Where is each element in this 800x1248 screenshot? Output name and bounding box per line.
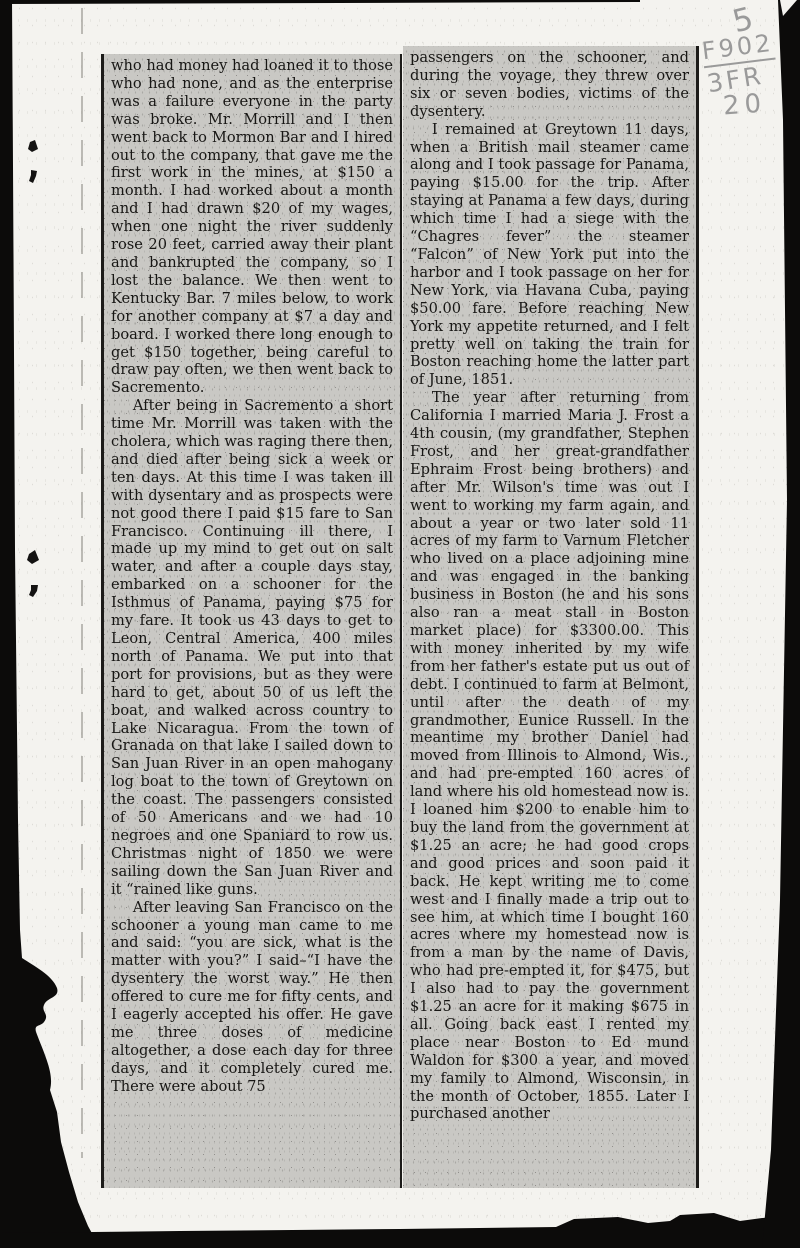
ink-mark [28,140,38,152]
paragraph: After leaving San Francisco on the schoo… [111,899,393,1096]
scanned-page: who had money had loaned it to those who… [0,0,800,1248]
ink-mark [29,585,38,597]
ink-mark [29,170,37,183]
paragraph: After being in Sacremento a short time M… [111,397,393,898]
paragraph: who had money had loaned it to those who… [111,57,393,397]
newspaper-column-right: passengers on the schooner, and during t… [403,46,699,1188]
ink-mark [27,550,39,564]
paper-crease [81,8,83,1158]
newspaper-column-left: who had money had loaned it to those who… [101,54,402,1188]
paragraph: The year after returning from California… [410,389,689,1123]
handwritten-code-f902: F902 [701,29,776,68]
handwritten-annotations: 5 F902 3FR 20 [606,0,786,150]
handwritten-code-20: 20 [722,89,767,122]
paragraph: I remained at Greytown 11 days, when a B… [410,121,689,390]
